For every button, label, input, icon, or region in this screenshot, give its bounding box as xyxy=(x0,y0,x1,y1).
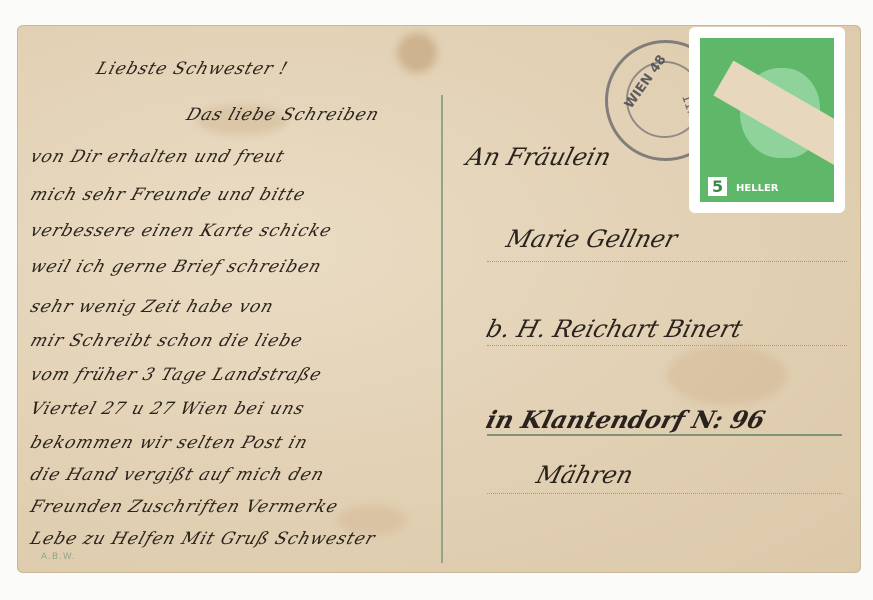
address-town: in Klantendorf N: 96 xyxy=(483,405,768,434)
stain xyxy=(397,33,437,73)
stain xyxy=(667,345,787,405)
message-line: bekommen wir selten Post in xyxy=(28,433,311,453)
message-line: mich sehr Freunde und bitte xyxy=(28,185,309,205)
message-line: mir Schreibt schon die liebe xyxy=(28,331,306,351)
postage-stamp: 5 HELLER xyxy=(692,30,842,210)
message-line: sehr wenig Zeit habe von xyxy=(28,297,277,317)
message-line: weil ich gerne Brief schreiben xyxy=(28,257,325,277)
stamp-face: 5 HELLER xyxy=(700,38,834,202)
message-line: Freunden Zuschriften Vermerke xyxy=(28,497,341,517)
message-line: von Dir erhalten und freut xyxy=(28,147,288,167)
message-line: Lebe zu Helfen Mit Gruß Schwester xyxy=(28,529,378,549)
address-rule xyxy=(487,434,842,436)
address-rule xyxy=(487,345,847,346)
stamp-unit: HELLER xyxy=(736,183,778,194)
address-name: Marie Gellner xyxy=(503,225,680,253)
address-rule xyxy=(487,493,842,494)
message-line: die Hand vergißt auf mich den xyxy=(28,465,327,485)
divider-line xyxy=(441,95,443,563)
address-care-of: b. H. Reichart Binert xyxy=(483,315,745,343)
address-rule xyxy=(487,261,847,262)
address-region: Mähren xyxy=(533,461,636,489)
message-line: Liebste Schwester ! xyxy=(94,59,291,79)
address-salutation: An Fräulein xyxy=(463,143,614,171)
stamp-value: 5 xyxy=(708,177,727,196)
message-line: verbessere einen Karte schicke xyxy=(28,221,335,241)
message-line: vom früher 3 Tage Landstraße xyxy=(28,365,325,385)
message-line: Viertel 27 u 27 Wien bei uns xyxy=(28,399,308,419)
message-line: Das liebe Schreiben xyxy=(184,105,382,125)
publisher-mark: A.B.W. xyxy=(41,552,76,562)
